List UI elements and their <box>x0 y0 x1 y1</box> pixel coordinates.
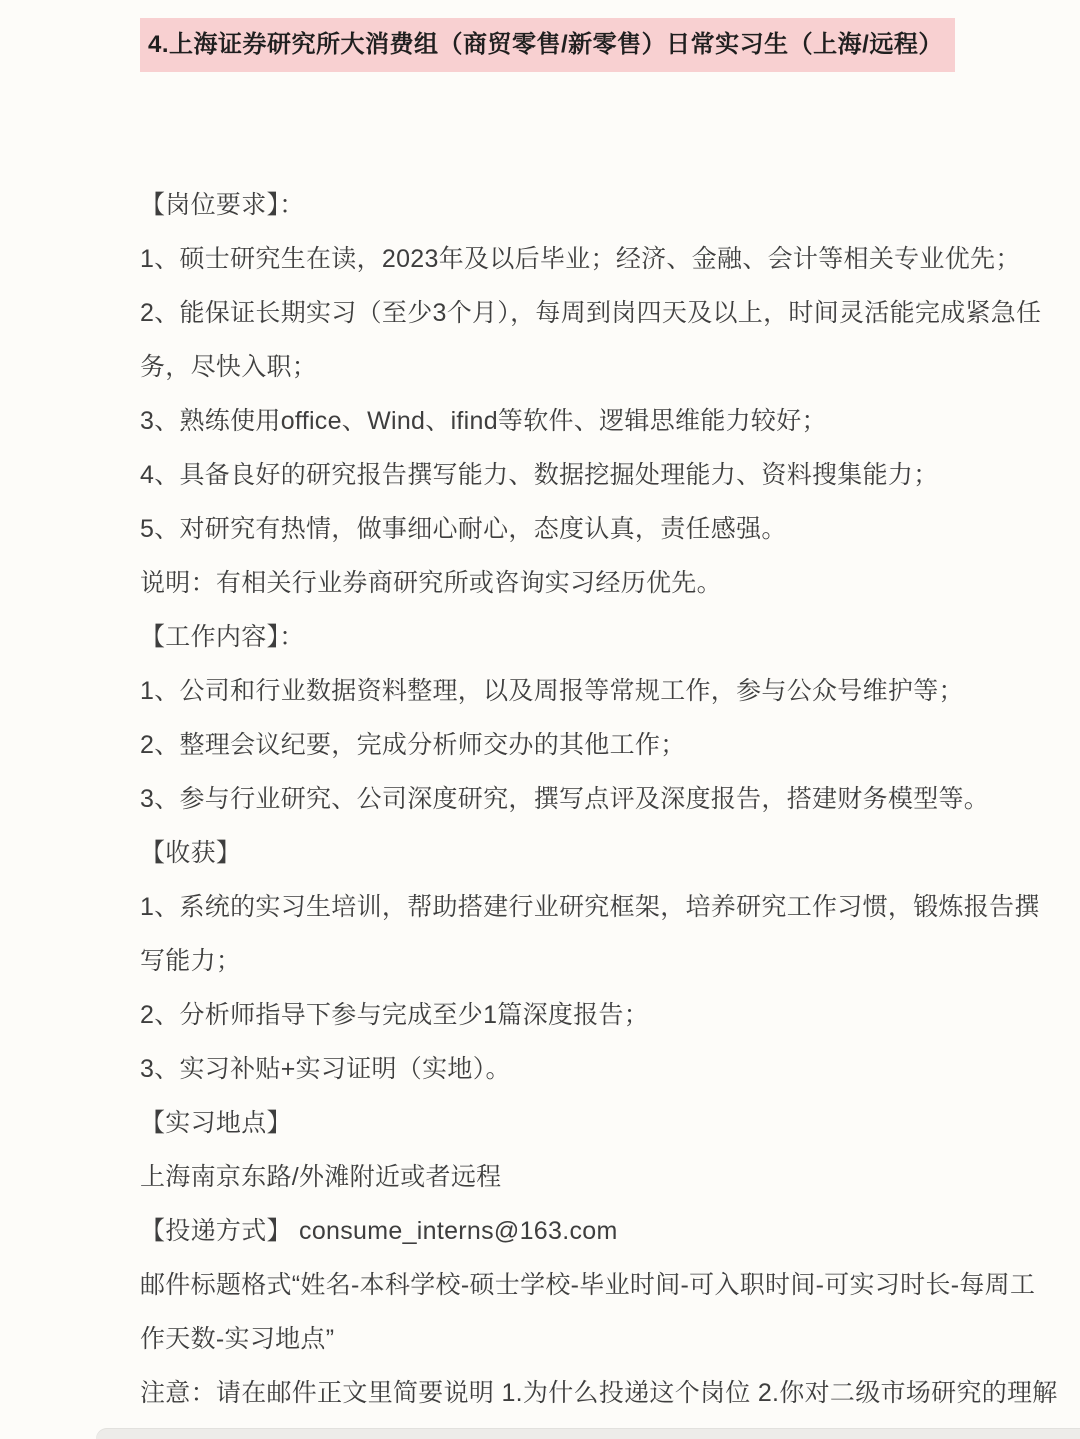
duty-item: 1、公司和行业数据资料整理，以及周报等常规工作，参与公众号维护等； <box>140 664 1060 718</box>
location-text: 上海南京东路/外滩附近或者远程 <box>140 1150 1060 1204</box>
notice-line: 注意：请在邮件正文里简要说明 1.为什么投递这个岗位 2.你对二级市场研究的理解 <box>140 1366 1060 1420</box>
section-heading-benefits: 【收获】 <box>140 826 1060 880</box>
section-heading-requirements: 【岗位要求】： <box>140 178 1060 232</box>
benefit-item: 3、实习补贴+实习证明（实地）。 <box>140 1042 1060 1096</box>
requirement-item: 1、硕士研究生在读，2023年及以后毕业；经济、金融、会计等相关专业优先； <box>140 232 1060 286</box>
requirement-note: 说明：有相关行业券商研究所或咨询实习经历优先。 <box>140 556 1060 610</box>
requirement-item: 5、对研究有热情，做事细心耐心，态度认真，责任感强。 <box>140 502 1060 556</box>
requirement-item: 3、熟练使用office、Wind、ifind等软件、逻辑思维能力较好； <box>140 394 1060 448</box>
benefit-item: 1、系统的实习生培训，帮助搭建行业研究框架，培养研究工作习惯，锻炼报告撰写能力； <box>140 880 1060 988</box>
next-card-top-edge <box>96 1428 1080 1439</box>
job-description: 【岗位要求】： 1、硕士研究生在读，2023年及以后毕业；经济、金融、会计等相关… <box>0 178 1080 1420</box>
email-subject-format: 邮件标题格式“姓名-本科学校-硕士学校-毕业时间-可入职时间-可实习时长-每周工… <box>140 1258 1060 1366</box>
section-heading-location: 【实习地点】 <box>140 1096 1060 1150</box>
job-post-page: 4.上海证券研究所大消费组（商贸零售/新零售）日常实习生（上海/远程） 【岗位要… <box>0 0 1080 1439</box>
benefit-item: 2、分析师指导下参与完成至少1篇深度报告； <box>140 988 1060 1042</box>
apply-email-line: 【投递方式】 consume_interns@163.com <box>140 1204 1060 1258</box>
title-row: 4.上海证券研究所大消费组（商贸零售/新零售）日常实习生（上海/远程） <box>0 0 1080 72</box>
section-heading-duties: 【工作内容】： <box>140 610 1060 664</box>
duty-item: 3、参与行业研究、公司深度研究，撰写点评及深度报告，搭建财务模型等。 <box>140 772 1060 826</box>
duty-item: 2、整理会议纪要，完成分析师交办的其他工作； <box>140 718 1060 772</box>
job-title: 4.上海证券研究所大消费组（商贸零售/新零售）日常实习生（上海/远程） <box>140 18 955 72</box>
requirement-item: 2、能保证长期实习（至少3个月），每周到岗四天及以上，时间灵活能完成紧急任务，尽… <box>140 286 1060 394</box>
requirement-item: 4、具备良好的研究报告撰写能力、数据挖掘处理能力、资料搜集能力； <box>140 448 1060 502</box>
